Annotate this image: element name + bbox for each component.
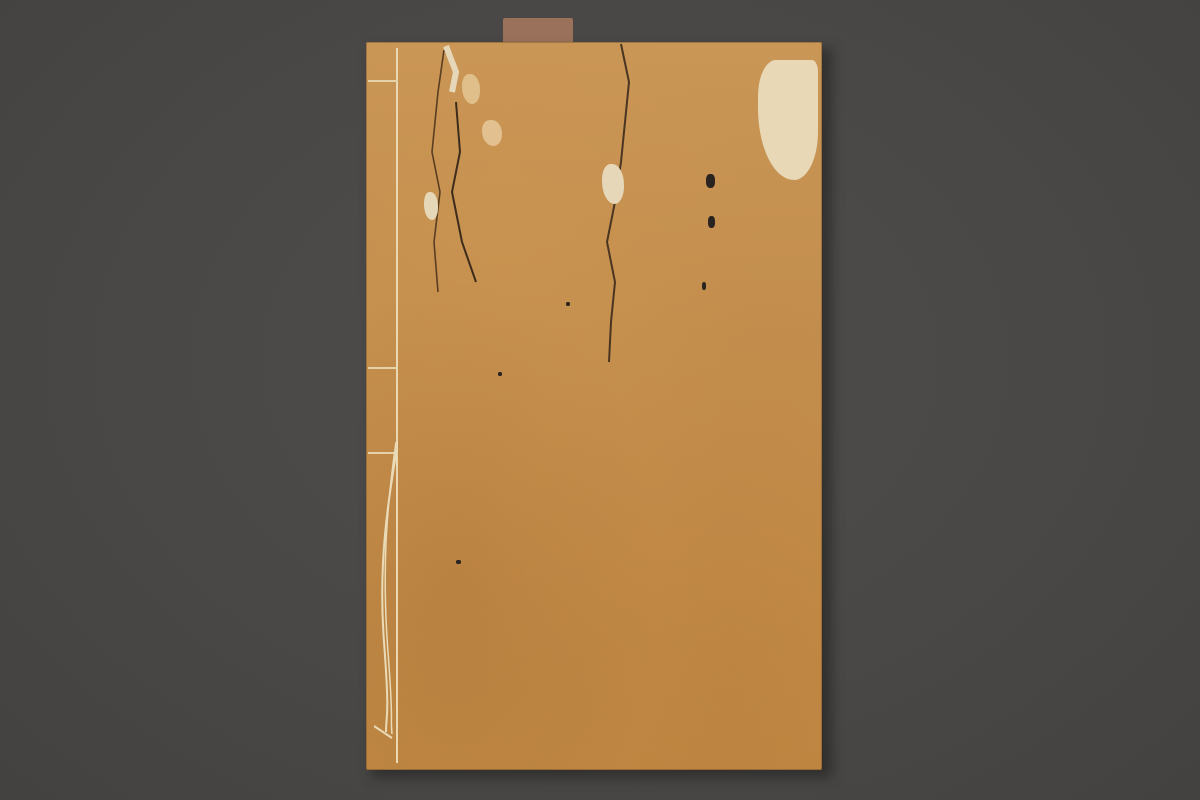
book-cover [366,42,822,770]
torn-crack-center [591,42,651,372]
paper-tear-patch [462,74,480,104]
ink-spot [566,302,570,306]
ink-spot [498,372,502,376]
paper-tear-patch [602,164,624,204]
paper-tear-patch [482,120,502,146]
binding-stitch-1 [368,80,398,82]
loose-binding-thread [374,442,398,742]
paper-tear-patch [424,192,438,220]
binding-stitch-2 [368,367,398,369]
corner-torn-patch [758,60,818,180]
ink-spot [456,560,461,564]
ink-spot [702,282,706,290]
ink-spot [706,174,715,188]
ink-spot [708,216,715,228]
